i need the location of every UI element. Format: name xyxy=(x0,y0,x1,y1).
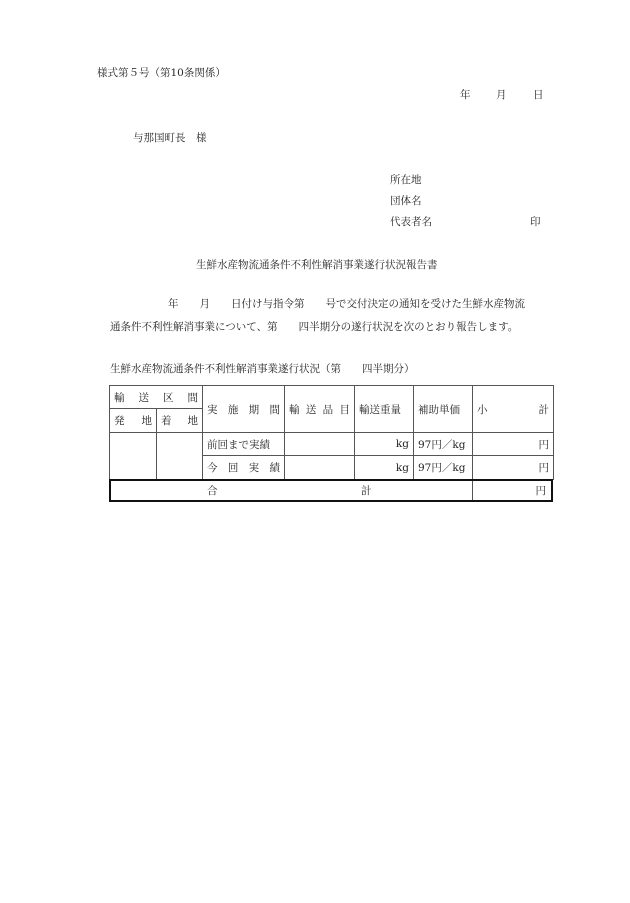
header-subtotal: 小 計 xyxy=(473,386,554,433)
report-table: 輸 送 区 間 実 施 期 間 輸 送 品 目 輸送重量 補助単価 xyxy=(109,385,554,480)
total-divider xyxy=(472,481,473,500)
origin-cell[interactable] xyxy=(110,433,157,480)
header-item: 輸 送 品 目 xyxy=(285,386,355,433)
header-weight: 輸送重量 xyxy=(355,386,414,433)
total-row: 合 計 円 xyxy=(109,479,553,502)
address-label: 所在地 xyxy=(390,173,422,187)
header-period: 実 施 期 間 xyxy=(203,386,285,433)
date-day: 日 xyxy=(533,88,544,102)
subtotal-cell[interactable]: 円 xyxy=(473,456,554,480)
item-cell[interactable] xyxy=(285,456,355,480)
header-destination: 着 地 xyxy=(157,409,203,433)
body-line-1: 年 月 日付け与指令第 号で交付決定の通知を受けた生鮮水産物流 xyxy=(168,297,525,311)
header-origin: 発 地 xyxy=(110,409,157,433)
organization-label: 団体名 xyxy=(390,194,422,208)
table-row: 前回まで実績 kg 97円／kg 円 xyxy=(110,433,554,456)
item-cell[interactable] xyxy=(285,433,355,456)
form-number: 様式第５号（第10条関係） xyxy=(97,66,226,80)
total-unit[interactable]: 円 xyxy=(536,484,547,498)
weight-cell[interactable]: kg xyxy=(355,456,414,480)
table-caption: 生鮮水産物流通条件不利性解消事業遂行状況（第 四半期分） xyxy=(110,362,415,376)
total-label-right: 計 xyxy=(361,484,372,498)
period-current: 今 回 実 績 xyxy=(203,456,285,480)
addressee: 与那国町長 様 xyxy=(133,131,207,145)
seal-mark: 印 xyxy=(530,215,541,229)
representative-label: 代表者名 xyxy=(390,215,432,229)
total-label-left: 合 xyxy=(207,484,218,498)
date-year: 年 xyxy=(460,88,471,102)
subtotal-cell[interactable]: 円 xyxy=(473,433,554,456)
document-title: 生鮮水産物流通条件不利性解消事業遂行状況報告書 xyxy=(196,258,438,272)
body-line-2: 通条件不利性解消事業について、第 四半期分の遂行状況を次のとおり報告します。 xyxy=(110,320,518,334)
date-month: 月 xyxy=(496,88,507,102)
destination-cell[interactable] xyxy=(157,433,203,480)
header-unit-price: 補助単価 xyxy=(414,386,473,433)
unit-price-cell: 97円／kg xyxy=(414,433,473,456)
unit-price-cell: 97円／kg xyxy=(414,456,473,480)
header-transport-section: 輸 送 区 間 xyxy=(110,386,203,409)
period-previous: 前回まで実績 xyxy=(203,433,285,456)
weight-cell[interactable]: kg xyxy=(355,433,414,456)
